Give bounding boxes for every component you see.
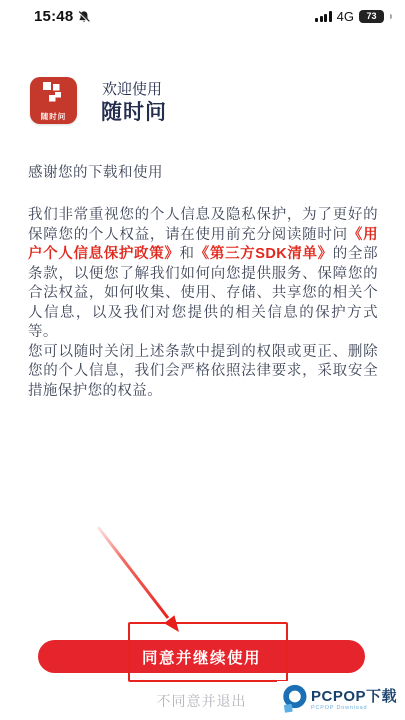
- app-name-title: 随时问: [101, 96, 167, 126]
- app-logo: 随时问: [30, 77, 77, 124]
- battery-nub: [390, 14, 392, 19]
- pcpop-watermark: PCPOP下载 PCPOP Download: [277, 681, 405, 719]
- watermark-brand: PCPOP下载: [311, 689, 397, 704]
- agree-continue-button[interactable]: 同意并继续使用: [38, 640, 365, 673]
- status-time: 15:48: [34, 8, 73, 25]
- pcpop-logo-icon: [280, 684, 308, 716]
- conjunction-text: 和: [180, 246, 195, 262]
- privacy-paragraph-1: 我们非常重视您的个人信息及隐私保护，为了更好的保障您的个人权益，请在使用前充分阅…: [28, 206, 378, 343]
- privacy-notice: 我们非常重视您的个人信息及隐私保护，为了更好的保障您的个人权益，请在使用前充分阅…: [28, 206, 378, 401]
- privacy-paragraph-2: 您可以随时关闭上述条款中提到的权限或更正、删除您的个人信息，我们会严格依照法律要…: [28, 343, 378, 402]
- watermark-subtitle: PCPOP Download: [311, 706, 397, 712]
- app-icon-label: 随时问: [30, 113, 77, 121]
- battery-indicator: 73: [359, 10, 384, 23]
- mute-bell-icon: [77, 10, 91, 24]
- privacy-intro-text: 我们非常重视您的个人信息及隐私保护，为了更好的保障您的个人权益，请在使用前充分阅…: [28, 207, 378, 243]
- privacy-consent-screen: 15:48 4G 73 随时问 欢迎使用: [0, 0, 405, 720]
- signal-strength-icon: [315, 11, 332, 22]
- battery-percent: 73: [366, 12, 376, 21]
- greeting-text: 感谢您的下载和使用: [28, 161, 163, 182]
- network-type-label: 4G: [337, 9, 354, 24]
- question-mark-icon: [41, 81, 66, 107]
- status-bar: 15:48 4G 73: [0, 0, 405, 32]
- third-party-sdk-list-link[interactable]: 《第三方SDK清单》: [195, 246, 333, 262]
